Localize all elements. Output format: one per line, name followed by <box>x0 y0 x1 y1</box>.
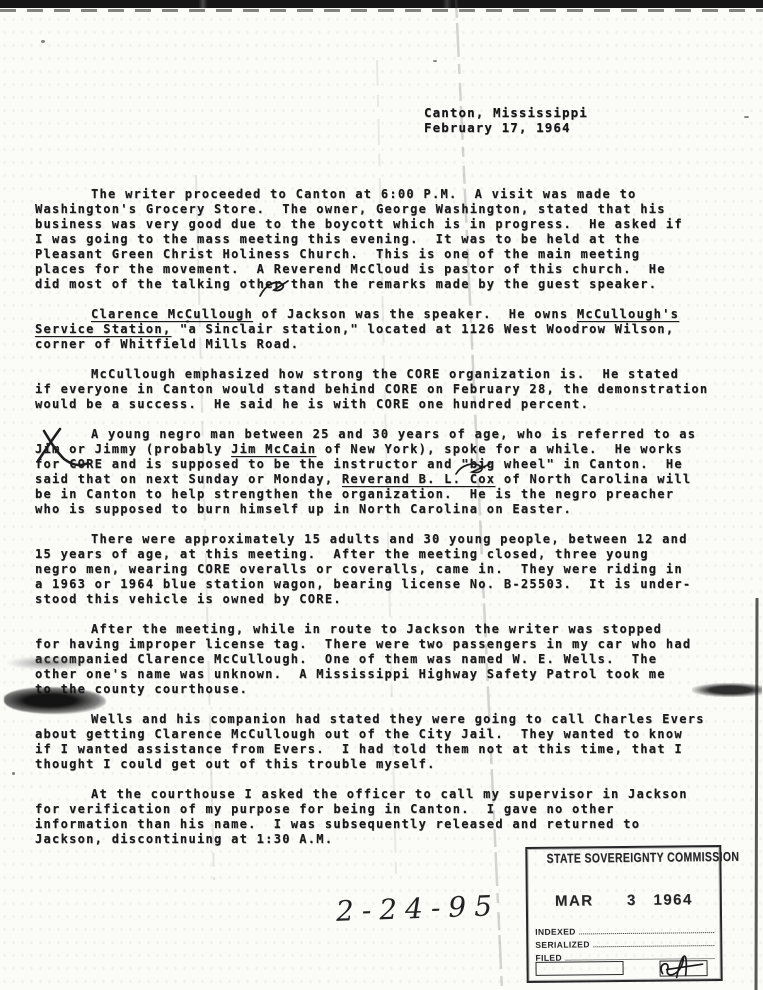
stamp-title: STATE SOVEREIGNTY COMMISSION <box>547 850 701 866</box>
paragraph: McCullough emphasized how strong the COR… <box>35 367 747 412</box>
stamp-box-initials <box>659 960 707 977</box>
stamp-field-label: INDEXED <box>535 927 576 937</box>
paragraph: The writer proceeded to Canton at 6:00 P… <box>35 187 747 292</box>
report-body: The writer proceeded to Canton at 6:00 P… <box>35 187 747 862</box>
paragraph: After the meeting, while in route to Jac… <box>35 622 747 697</box>
paragraph: Wells and his companion had stated they … <box>35 712 747 772</box>
ink-speck <box>12 772 15 775</box>
scan-edge-artifact <box>0 0 763 8</box>
ink-speck <box>41 40 45 43</box>
paragraph: A young negro man between 25 and 30 year… <box>35 427 747 517</box>
dateline-city: Canton, Mississippi <box>424 105 588 120</box>
paragraph: Clarence McCullough of Jackson was the s… <box>35 307 747 352</box>
ink-speck <box>744 116 749 118</box>
stamp-boxes <box>535 960 707 978</box>
dateline-date: February 17, 1964 <box>424 120 588 135</box>
stamp-box-empty <box>535 961 623 976</box>
dotted-leader <box>579 932 714 934</box>
dateline: Canton, Mississippi February 17, 1964 <box>424 105 588 135</box>
margin-smudge <box>6 656 92 670</box>
scan-edge-artifact-fragment <box>0 9 763 12</box>
handwritten-initials <box>652 937 716 982</box>
handwritten-date-note: 2-24-95 <box>335 889 500 928</box>
stamp-received-date: MAR 3 1964 <box>528 891 720 910</box>
paragraph: There were approximately 15 adults and 3… <box>35 532 747 607</box>
handwritten-squiggle <box>256 278 290 304</box>
handwritten-x-mark <box>30 423 92 475</box>
ink-speck <box>433 60 437 62</box>
margin-smudge-dark <box>4 687 106 714</box>
edge-smudge <box>692 683 762 697</box>
handwritten-squiggle <box>452 460 492 482</box>
stamp-field-label: SERIALIZED <box>535 939 590 950</box>
document-page: Canton, Mississippi February 17, 1964 Th… <box>0 0 763 990</box>
paragraph: At the courthouse I asked the officer to… <box>35 787 747 847</box>
sovereignty-commission-stamp: STATE SOVEREIGNTY COMMISSION MAR 3 1964 … <box>525 845 722 983</box>
